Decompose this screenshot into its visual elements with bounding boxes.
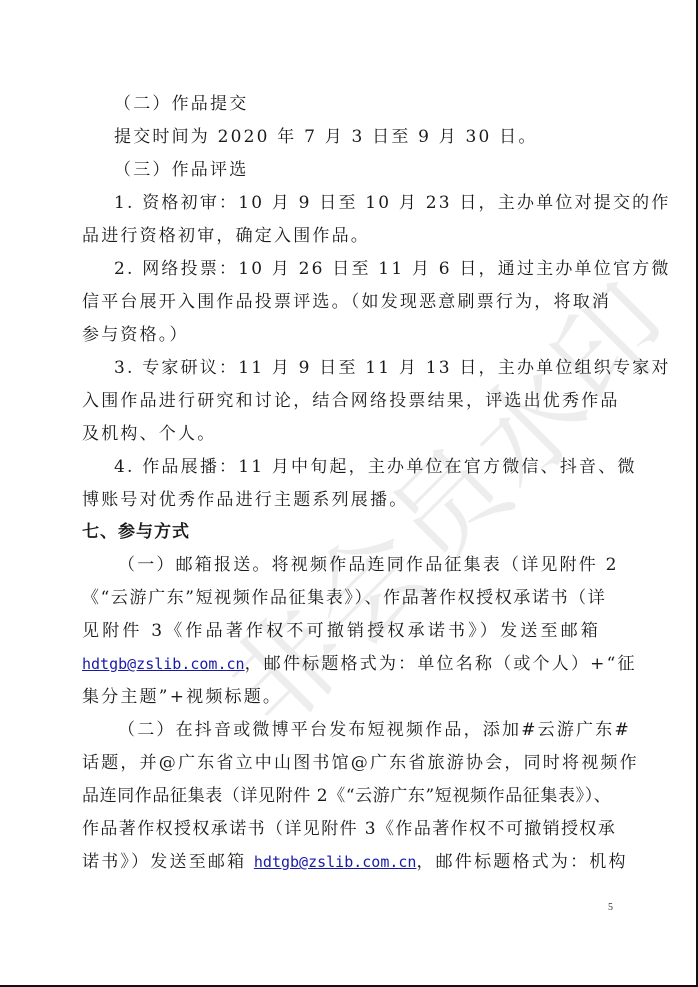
paragraph-text: ，邮件标题格式为：机构 (416, 852, 627, 872)
paragraph-line: 信平台展开入围作品投票评选。（如发现恶意刷票行为，将取消 (82, 286, 611, 319)
section-heading-participation: 七、参与方式 (82, 516, 190, 549)
subsection-heading-submission: （二）作品提交 (114, 88, 248, 121)
paragraph-line: 1. 资格初审：10 月 9 日至 10 月 23 日，主办单位对提交的作 (114, 187, 671, 220)
document-page: 非会员水印 （二）作品提交 提交时间为 2020 年 7 月 3 日至 9 月 … (0, 0, 698, 987)
paragraph-line: 入围作品进行研究和讨论，结合网络投票结果，评选出优秀作品 (82, 385, 620, 418)
paragraph-line: 《“云游广东”短视频作品征集表》）、作品著作权授权承诺书（详 (82, 582, 606, 615)
paragraph-line: （二）在抖音或微博平台发布短视频作品，添加#云游广东# (118, 714, 631, 747)
paragraph-line: 品进行资格初审，确定入围作品。 (82, 220, 370, 253)
subsection-heading-selection: （三）作品评选 (114, 154, 248, 187)
paragraph-line: 2. 网络投票：10 月 26 日至 11 月 6 日，通过主办单位官方微 (114, 253, 671, 286)
paragraph-line: 集分主题”+视频标题。 (82, 681, 282, 714)
paragraph-line: 博账号对优秀作品进行主题系列展播。 (82, 484, 408, 517)
paragraph-line: （一）邮箱报送。将视频作品连同作品征集表（详见附件 2 (118, 549, 619, 582)
paragraph-line: 品连同作品征集表（详见附件 2《“云游广东”短视频作品征集表》）、 (82, 780, 611, 813)
paragraph-text: ，邮件标题格式为：单位名称（或个人）+“征 (245, 654, 637, 674)
paragraph-submission-time: 提交时间为 2020 年 7 月 3 日至 9 月 30 日。 (114, 121, 538, 154)
paragraph-line-with-email: hdtgb@zslib.com.cn，邮件标题格式为：单位名称（或个人）+“征 (82, 648, 637, 681)
email-link[interactable]: hdtgb@zslib.com.cn (82, 655, 245, 673)
paragraph-line-with-email: 诺书》）发送至邮箱 hdtgb@zslib.com.cn，邮件标题格式为：机构 (82, 846, 628, 879)
paragraph-line: 话题，并@广东省立中山图书馆@广东省旅游协会，同时将视频作 (82, 747, 639, 780)
paragraph-line: 作品著作权授权承诺书（详见附件 3《作品著作权不可撤销授权承 (82, 813, 616, 846)
paragraph-line: 见附件 3《作品著作权不可撤销授权承诺书》）发送至邮箱 (82, 615, 601, 648)
paragraph-line: 4. 作品展播：11 月中旬起，主办单位在官方微信、抖音、微 (114, 451, 637, 484)
paragraph-text: 诺书》）发送至邮箱 (82, 852, 254, 872)
paragraph-line: 参与资格。） (82, 319, 189, 352)
page-number: 5 (608, 902, 613, 913)
paragraph-line: 3. 专家研议：11 月 9 日至 11 月 13 日，主办单位组织专家对 (114, 352, 671, 385)
paragraph-line: 及机构、个人。 (82, 418, 216, 451)
email-link[interactable]: hdtgb@zslib.com.cn (254, 853, 417, 871)
